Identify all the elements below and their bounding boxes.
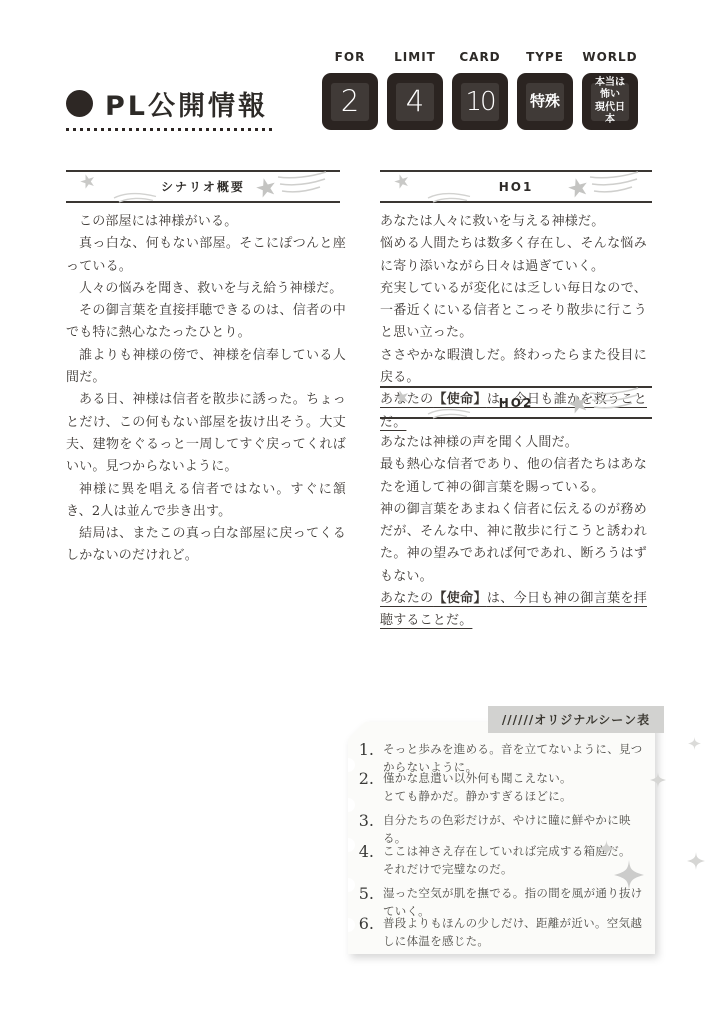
stat-label: TYPE (517, 50, 573, 73)
stat-for: FOR 2 (322, 50, 378, 130)
section-title: シナリオ概要 (161, 178, 245, 195)
scene-number: 4. (356, 843, 374, 878)
ho2-body: あなたは神様の声を聞く人間だ。 最も熱心な信者であり、他の信者たちはあなたを通し… (380, 432, 647, 633)
paragraph: 充実しているが変化には乏しい毎日なので、一番近くにいる信者とこっそり散歩に行こう… (380, 278, 647, 345)
stat-type: TYPE 特殊 (517, 50, 573, 130)
stat-label: WORLD (582, 50, 638, 73)
paragraph: あなたは人々に救いを与える神様だ。 (380, 211, 647, 233)
mission-statement: あなたの【使命】は、今日も神の御言葉を拝聴することだ。 (380, 588, 647, 633)
stat-value: 4 (406, 87, 424, 116)
sparkle-icon (687, 852, 705, 870)
scene-number: 6. (356, 915, 374, 950)
shooting-star-icon (252, 171, 328, 203)
shooting-star-icon (564, 171, 640, 203)
paper-notch (341, 878, 355, 892)
paper-notch (341, 758, 355, 772)
sparkle-icon (650, 772, 666, 788)
paragraph: 神様に異を唱える信者ではない。すぐに頷き、2人は並んで歩き出す。 (66, 479, 346, 524)
stat-box: 本当は 怖い 現代日本 (582, 73, 638, 130)
paragraph: この部屋には神様がいる。 (66, 211, 346, 233)
swoosh-icon (112, 190, 158, 203)
scene-text: 普段よりもほんの少しだけ、距離が近い。空気越しに体温を感じた。 (383, 915, 644, 950)
stat-world: WORLD 本当は 怖い 現代日本 (582, 50, 638, 130)
scene-table-row: 6. 普段よりもほんの少しだけ、距離が近い。空気越しに体温を感じた。 (356, 915, 644, 950)
scene-table-title: //////オリジナルシーン表 (488, 706, 664, 733)
swoosh-icon (426, 406, 472, 419)
sparkle-icon (688, 737, 701, 750)
paragraph: 誰よりも神様の傍で、神様を信奉している人間だ。 (66, 345, 346, 390)
section-header-scenario: シナリオ概要 (66, 170, 340, 203)
shooting-star-icon (564, 387, 640, 419)
scene-table-paper: 1. そっと歩みを進める。音を立てないように、見つからないように。 2. 僅かな… (348, 722, 655, 954)
stat-box: 2 (322, 73, 378, 130)
stat-value: 10 (465, 89, 494, 115)
paper-notch (341, 798, 355, 812)
paragraph: ささやかな暇潰しだ。終わったらまた役目に戻る。 (380, 345, 647, 390)
paragraph: 結局は、またこの真っ白な部屋に戻ってくるしかないのだけれど。 (66, 523, 346, 568)
scene-table-panel: 1. そっと歩みを進める。音を立てないように、見つからないように。 2. 僅かな… (348, 722, 655, 954)
section-title: HO1 (499, 180, 534, 194)
scenario-body: この部屋には神様がいる。 真っ白な、何もない部屋。そこにぽつんと座っている。 人… (66, 211, 346, 568)
stat-label: FOR (322, 50, 378, 73)
stat-box: 特殊 (517, 73, 573, 130)
paragraph: ある日、神様は信者を散歩に誘った。ちょっとだけ、この何もない部屋を抜け出そう。大… (66, 389, 346, 478)
scene-table-row: 2. 僅かな息遣い以外何も聞こえない。とても静かだ。静かすぎるほどに。 (356, 770, 644, 805)
paragraph: 最も熱心な信者であり、他の信者たちはあなたを通して神の御言葉を賜っている。 (380, 454, 647, 499)
paragraph: 神の御言葉をあまねく信者に伝えるのが務めだが、そんな中、神に散歩に行こうと誘われ… (380, 499, 647, 588)
page-title: PL公開情報 (105, 84, 268, 123)
paragraph: その御言葉を直接拝聴できるのは、信者の中でも特に熱心なたったひとり。 (66, 300, 346, 345)
stat-limit: LIMIT 4 (387, 50, 443, 130)
paper-notch (341, 838, 355, 852)
stat-label: LIMIT (387, 50, 443, 73)
swoosh-icon (426, 190, 472, 203)
star-icon (79, 173, 97, 191)
scene-text: ここは神さえ存在していれば完成する箱庭だ。それだけで完璧なのだ。 (383, 843, 631, 878)
paragraph: 真っ白な、何もない部屋。そこにぽつんと座っている。 (66, 233, 346, 278)
stat-box: 4 (387, 73, 443, 130)
stat-value: 特殊 (530, 94, 560, 109)
scene-number: 2. (356, 770, 374, 805)
paragraph: あなたは神様の声を聞く人間だ。 (380, 432, 647, 454)
paper-notch (341, 918, 355, 932)
scenario-sheet-page: PL公開情報 FOR 2 LIMIT 4 CARD 10 TYPE 特殊 WOR… (0, 0, 721, 1024)
sparkle-icon (614, 860, 644, 890)
stat-value: 2 (341, 87, 359, 116)
section-title: HO2 (499, 396, 534, 410)
star-icon (393, 173, 411, 191)
section-header-ho1: HO1 (380, 170, 652, 203)
scene-text: 僅かな息遣い以外何も聞こえない。とても静かだ。静かすぎるほどに。 (383, 770, 572, 805)
stat-label: CARD (452, 50, 508, 73)
stat-value: 本当は 怖い 現代日本 (591, 77, 629, 127)
bullet-circle-icon (66, 90, 93, 117)
star-icon (393, 389, 411, 407)
title-dotted-underline (66, 128, 275, 131)
stat-box: 10 (452, 73, 508, 130)
stat-card: CARD 10 (452, 50, 508, 130)
paragraph: 人々の悩みを聞き、救いを与え給う神様だ。 (66, 278, 346, 300)
sparkle-icon (598, 840, 615, 857)
paragraph: 悩める人間たちは数多く存在し、そんな悩みに寄り添いながら日々は過ぎていく。 (380, 233, 647, 278)
